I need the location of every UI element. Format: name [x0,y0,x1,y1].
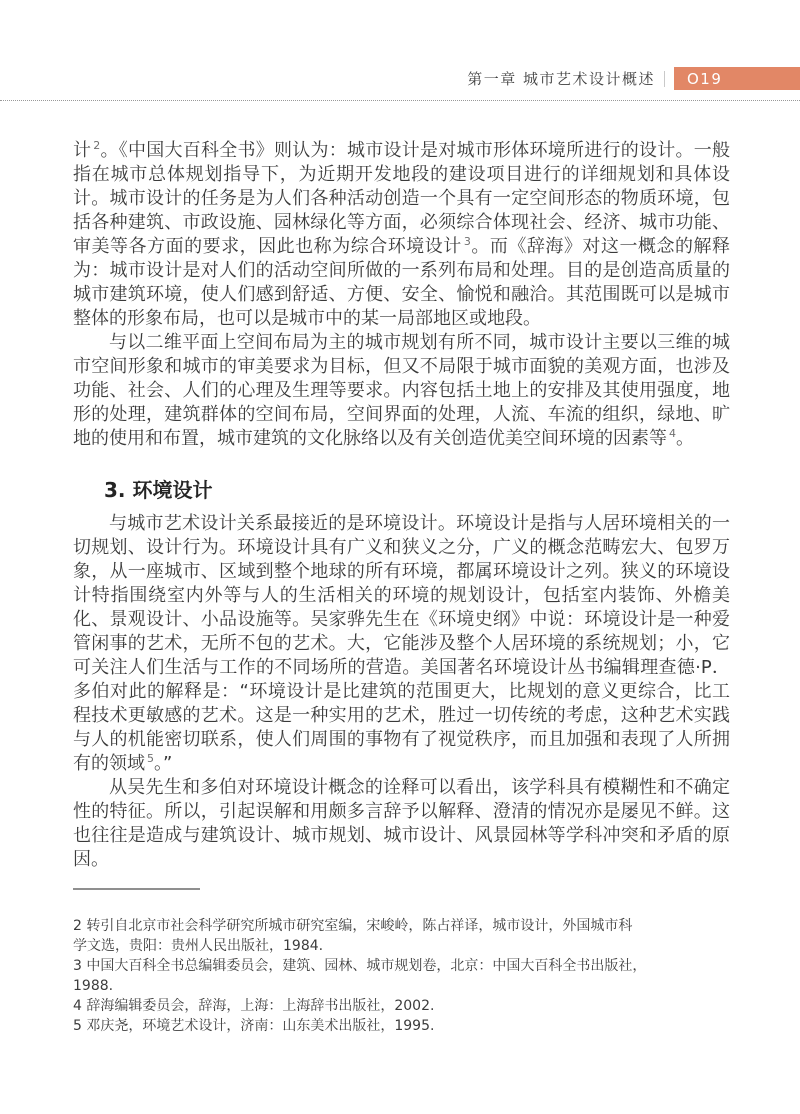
footnote-ref: 4 [669,427,676,440]
page-header: 第一章 城市艺术设计概述 O19 [467,67,800,90]
body-paragraph: 与以二维平面上空间布局为主的城市规划有所不同，城市设计主要以三维的城市空间形象和… [73,331,730,451]
footnote-line: 1988. [73,976,745,996]
footnote-ref: 5 [147,752,154,765]
header-divider [664,71,665,87]
footnote-line: 3 中国大百科全书总编辑委员会，建筑、园林、城市规划卷，北京：中国大百科全书出版… [73,956,745,976]
body-paragraph: 从吴先生和多伯对环境设计概念的诠释可以看出，该学科具有模糊性和不确定性的特征。所… [73,776,730,872]
article-body: 计2。《中国大百科全书》则认为：城市设计是对城市形体环境所进行的设计。一般指在城… [73,139,730,872]
footnote-line: 2 转引自北京市社会科学研究所城市研究室编，宋峻岭，陈占祥译，城市设计，外国城市… [73,916,745,936]
footnotes-list: 2 转引自北京市社会科学研究所城市研究室编，宋峻岭，陈占祥译，城市设计，外国城市… [73,916,745,1036]
section-heading: 3. 环境设计 [73,477,730,503]
page-number-badge: O19 [674,67,800,90]
footnote-line: 5 邓庆尧，环境艺术设计，济南：山东美术出版社，1995. [73,1016,745,1036]
header-rule [0,100,800,101]
body-paragraph: 计2。《中国大百科全书》则认为：城市设计是对城市形体环境所进行的设计。一般指在城… [73,139,730,331]
book-page: 第一章 城市艺术设计概述 O19 计2。《中国大百科全书》则认为：城市设计是对城… [0,0,800,1114]
footnote-ref: 2 [93,139,100,152]
page-number: O19 [687,70,722,88]
footnote-line: 4 辞海编辑委员会，辞海，上海：上海辞书出版社，2002. [73,996,745,1016]
footnote-line: 学文选，贵阳：贵州人民出版社，1984. [73,936,745,956]
footnote-separator [73,888,200,890]
body-paragraph: 与城市艺术设计关系最接近的是环境设计。环境设计是指与人居环境相关的一切规划、设计… [73,512,730,776]
footnote-ref: 3 [464,235,471,248]
chapter-title: 第一章 城市艺术设计概述 [467,68,655,89]
